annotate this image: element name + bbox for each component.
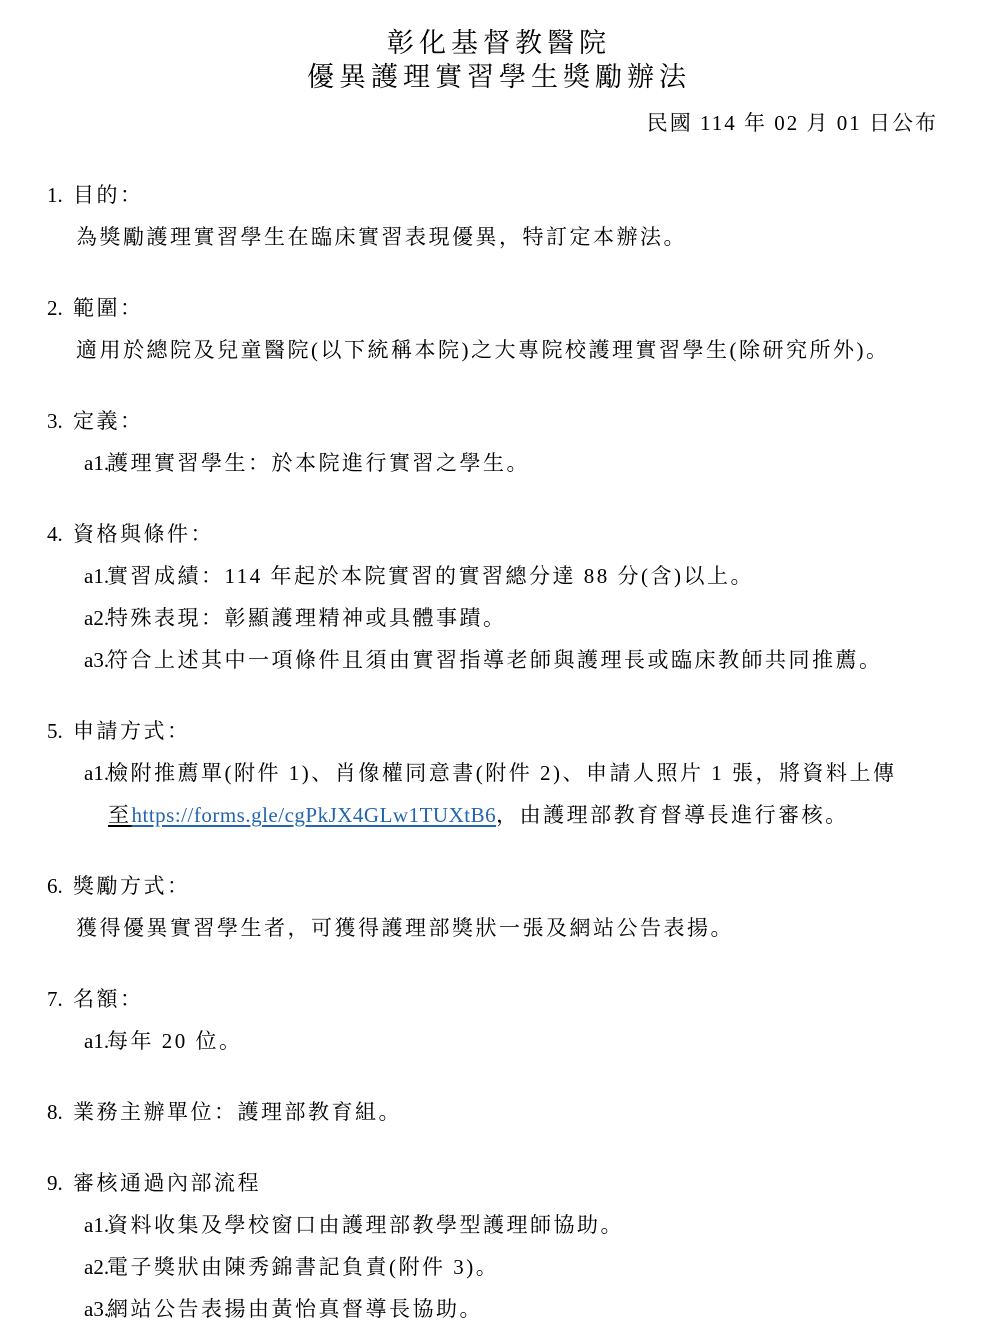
section-number: 6. [47, 865, 63, 907]
item-text: 為獎勵護理實習學生在臨床實習表現優異，特訂定本辦法。 [76, 225, 687, 249]
sections-list: 1.目的：為獎勵護理實習學生在臨床實習表現優異，特訂定本辦法。2.範圍：適用於總… [0, 174, 993, 1330]
section: 2.範圍：適用於總院及兒童醫院(以下統稱本院)之大專院校護理實習學生(除研究所外… [0, 287, 993, 371]
section-item: a1.護理實習學生：於本院進行實習之學生。 [0, 442, 993, 484]
section-heading: 目的： [73, 183, 144, 207]
item-text: 護理實習學生：於本院進行實習之學生。 [107, 451, 530, 475]
section-heading-line: 9.審核通過內部流程 [0, 1162, 993, 1204]
item-label: a1. [84, 1020, 109, 1062]
publish-date: 民國 114 年 02 月 01 日公布 [0, 110, 993, 136]
section-heading: 範圍： [73, 296, 144, 320]
section-heading-line: 4.資格與條件： [0, 513, 993, 555]
section: 5.申請方式：a1.檢附推薦單(附件 1)、肖像權同意書(附件 2)、申請人照片… [0, 710, 993, 836]
section-heading-line: 7.名額： [0, 978, 993, 1020]
section-heading: 定義： [73, 409, 144, 433]
section-number: 3. [47, 400, 63, 442]
section-item: a2.電子獎狀由陳秀錦書記負責(附件 3)。 [0, 1246, 993, 1288]
section-item: a1.檢附推薦單(附件 1)、肖像權同意書(附件 2)、申請人照片 1 張，將資… [0, 752, 993, 794]
section-item: 至https://forms.gle/cgPkJX4GLw1TUXtB6，由護理… [0, 794, 993, 836]
section: 9.審核通過內部流程a1.資料收集及學校窗口由護理部教學型護理師協助。a2.電子… [0, 1162, 993, 1330]
item-text: 每年 20 位。 [107, 1029, 243, 1053]
section-heading-line: 1.目的： [0, 174, 993, 216]
section-item: a3.符合上述其中一項條件且須由實習指導老師與護理長或臨床教師共同推薦。 [0, 639, 993, 681]
item-text: 適用於總院及兒童醫院(以下統稱本院)之大專院校護理實習學生(除研究所外)。 [76, 338, 889, 362]
section: 1.目的：為獎勵護理實習學生在臨床實習表現優異，特訂定本辦法。 [0, 174, 993, 258]
section: 6.獎勵方式：獲得優異實習學生者，可獲得護理部獎狀一張及網站公告表揚。 [0, 865, 993, 949]
section-item: a1.實習成績：114 年起於本院實習的實習總分達 88 分(含)以上。 [0, 555, 993, 597]
item-label: a1. [84, 1204, 109, 1246]
section-item: 為獎勵護理實習學生在臨床實習表現優異，特訂定本辦法。 [0, 216, 993, 258]
item-text: 實習成績：114 年起於本院實習的實習總分達 88 分(含)以上。 [107, 564, 754, 588]
item-text: 符合上述其中一項條件且須由實習指導老師與護理長或臨床教師共同推薦。 [107, 648, 883, 672]
item-label: a3. [84, 639, 109, 681]
section-heading: 資格與條件： [73, 522, 214, 546]
item-label: a2. [84, 597, 109, 639]
section-number: 8. [47, 1091, 63, 1133]
section-item: a1.每年 20 位。 [0, 1020, 993, 1062]
item-text: 特殊表現：彰顯護理精神或具體事蹟。 [107, 606, 507, 630]
item-label: a3. [84, 1288, 109, 1330]
item-text: ，由護理部教育督導長進行審核。 [496, 803, 849, 827]
item-label: a1. [84, 555, 109, 597]
section-heading-line: 2.範圍： [0, 287, 993, 329]
section-heading: 審核通過內部流程 [73, 1171, 261, 1195]
item-text: 至 [108, 803, 132, 827]
section-item: a1.資料收集及學校窗口由護理部教學型護理師協助。 [0, 1204, 993, 1246]
section-item: 適用於總院及兒童醫院(以下統稱本院)之大專院校護理實習學生(除研究所外)。 [0, 329, 993, 371]
upload-form-link[interactable]: https://forms.gle/cgPkJX4GLw1TUXtB6 [132, 803, 497, 827]
section-item: a3.網站公告表揚由黃怡真督導長協助。 [0, 1288, 993, 1330]
section-number: 4. [47, 513, 63, 555]
section: 7.名額：a1.每年 20 位。 [0, 978, 993, 1062]
section-number: 5. [47, 710, 63, 752]
section-number: 1. [47, 174, 63, 216]
item-text: 電子獎狀由陳秀錦書記負責(附件 3)。 [107, 1255, 499, 1279]
item-text: 網站公告表揚由黃怡真督導長協助。 [107, 1297, 483, 1321]
item-label: a2. [84, 1246, 109, 1288]
section-heading: 申請方式： [73, 719, 191, 743]
item-label: a1. [84, 752, 109, 794]
section-heading-line: 3.定義： [0, 400, 993, 442]
section-heading-line: 5.申請方式： [0, 710, 993, 752]
page: 彰化基督教醫院 優異護理實習學生獎勵辦法 民國 114 年 02 月 01 日公… [0, 0, 993, 1336]
section-heading-line: 6.獎勵方式： [0, 865, 993, 907]
section-number: 2. [47, 287, 63, 329]
section-number: 9. [47, 1162, 63, 1204]
item-label: a1. [84, 442, 109, 484]
section-heading-line: 8.業務主辦單位：護理部教育組。 [0, 1091, 993, 1133]
section-heading: 名額： [73, 987, 144, 1011]
section: 4.資格與條件：a1.實習成績：114 年起於本院實習的實習總分達 88 分(含… [0, 513, 993, 681]
section-number: 7. [47, 978, 63, 1020]
section: 8.業務主辦單位：護理部教育組。 [0, 1091, 993, 1133]
section-heading: 業務主辦單位：護理部教育組。 [73, 1100, 402, 1124]
section-item: a2.特殊表現：彰顯護理精神或具體事蹟。 [0, 597, 993, 639]
item-text: 檢附推薦單(附件 1)、肖像權同意書(附件 2)、申請人照片 1 張，將資料上傳 [107, 761, 896, 785]
document-subtitle: 優異護理實習學生獎勵辦法 [0, 60, 993, 94]
item-text: 資料收集及學校窗口由護理部教學型護理師協助。 [107, 1213, 624, 1237]
section-item: 獲得優異實習學生者，可獲得護理部獎狀一張及網站公告表揚。 [0, 907, 993, 949]
document-title: 彰化基督教醫院 [0, 26, 993, 60]
item-text: 獲得優異實習學生者，可獲得護理部獎狀一張及網站公告表揚。 [76, 916, 734, 940]
section-heading: 獎勵方式： [73, 874, 191, 898]
section: 3.定義：a1.護理實習學生：於本院進行實習之學生。 [0, 400, 993, 484]
